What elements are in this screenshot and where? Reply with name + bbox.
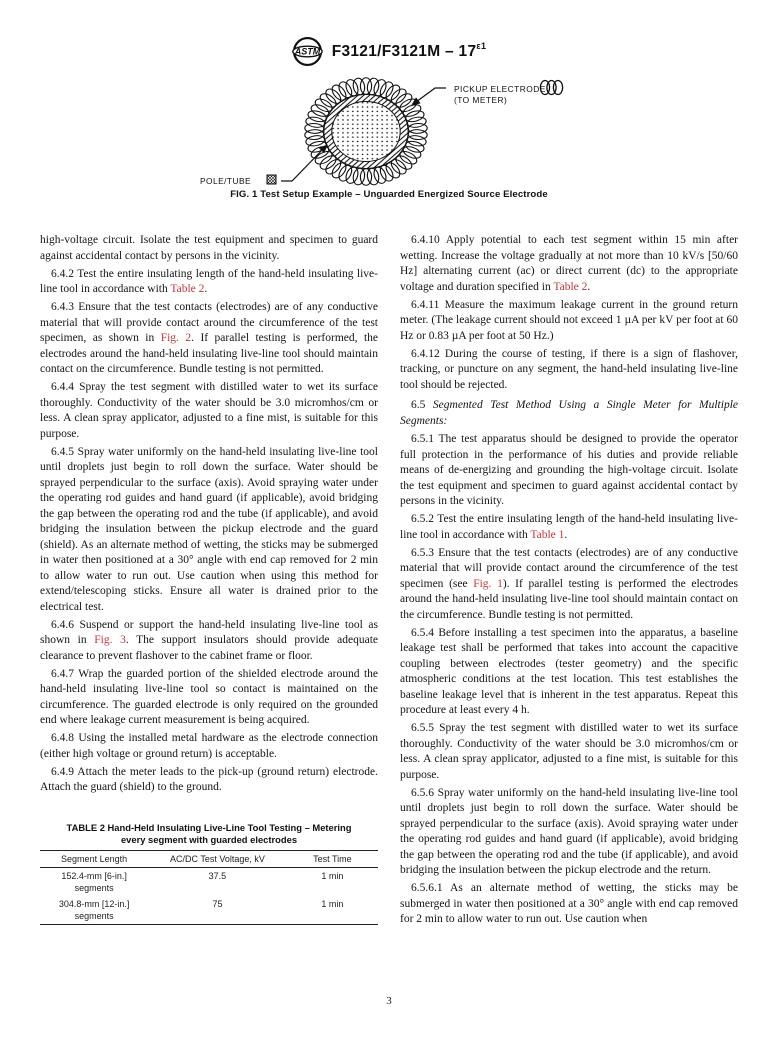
cross-reference-link[interactable]: Fig. 2 — [161, 332, 191, 344]
column-header: Segment Length — [40, 851, 148, 868]
paragraph: 6.5.6 Spray water uniformly on the hand-… — [400, 786, 738, 879]
figure-1-diagram: PICKUP ELECTRODE (TO METER) POLE/TUBE — [0, 76, 778, 194]
cross-reference-link[interactable]: Fig. 1 — [473, 578, 503, 590]
to-meter-label: (TO METER) — [454, 95, 507, 105]
paragraph: 6.4.5 Spray water uniformly on the hand-… — [40, 445, 378, 616]
paragraph: 6.4.4 Spray the test segment with distil… — [40, 380, 378, 442]
pickup-electrode-label: PICKUP ELECTRODE — [454, 84, 546, 94]
right-column: 6.4.10 Apply potential to each test segm… — [400, 233, 738, 930]
table-cell: 304.8-mm [12-in.]segments — [40, 896, 148, 925]
paragraph: 6.4.11 Measure the maximum leakage curre… — [400, 298, 738, 345]
paragraph: 6.5.6.1 As an alternate method of wettin… — [400, 881, 738, 928]
paragraph: 6.5.2 Test the entire insulating length … — [400, 512, 738, 543]
paragraph: 6.4.2 Test the entire insulating length … — [40, 267, 378, 298]
left-column-text: high-voltage circuit. Isolate the test e… — [40, 233, 378, 796]
table-cell: 152.4-mm [6-in.]segments — [40, 867, 148, 896]
table-2: TABLE 2 Hand-Held Insulating Live-Line T… — [40, 822, 378, 926]
paragraph: 6.4.3 Ensure that the test contacts (ele… — [40, 300, 378, 378]
paragraph: 6.5.5 Spray the test segment with distil… — [400, 721, 738, 783]
astm-logo-icon: ASTM — [292, 36, 323, 67]
tube-core — [332, 102, 400, 162]
table-header-row: Segment LengthAC/DC Test Voltage, kVTest… — [40, 851, 378, 868]
figure-caption: FIG. 1 Test Setup Example – Unguarded En… — [0, 189, 778, 200]
table-row: 304.8-mm [12-in.]segments751 min — [40, 896, 378, 925]
cross-reference-link[interactable]: Fig. 3 — [94, 634, 126, 646]
cross-reference-link[interactable]: Table 2 — [170, 283, 204, 295]
column-header: Test Time — [287, 851, 378, 868]
column-header: AC/DC Test Voltage, kV — [148, 851, 287, 868]
paragraph: 6.4.12 During the course of testing, if … — [400, 347, 738, 394]
paragraph: 6.4.7 Wrap the guarded portion of the sh… — [40, 667, 378, 729]
astm-logo-text: ASTM — [293, 47, 320, 57]
paragraph: 6.5.1 The test apparatus should be desig… — [400, 432, 738, 510]
paragraph: 6.4.8 Using the installed metal hardware… — [40, 731, 378, 762]
paragraph: 6.4.6 Suspend or support the hand-held i… — [40, 618, 378, 665]
table-row: 152.4-mm [6-in.]segments37.51 min — [40, 867, 378, 896]
designation-code: F3121/F3121M – 17 — [332, 43, 477, 60]
pole-tube-label: POLE/TUBE — [200, 176, 251, 186]
cross-reference-link[interactable]: Table 1 — [530, 529, 564, 541]
paragraph: 6.5.4 Before installing a test specimen … — [400, 626, 738, 719]
document-page: ASTM F3121/F3121M – 17ε1 — [0, 0, 778, 1041]
designation-superscript: ε1 — [476, 41, 486, 51]
paragraph: 6.4.10 Apply potential to each test segm… — [400, 233, 738, 295]
right-column-text: 6.4.10 Apply potential to each test segm… — [400, 233, 738, 928]
hatched-square-icon — [267, 175, 276, 184]
table-cell: 1 min — [287, 867, 378, 896]
table-2-grid: Segment LengthAC/DC Test Voltage, kVTest… — [40, 850, 378, 925]
body-columns: high-voltage circuit. Isolate the test e… — [40, 233, 738, 930]
paragraph: 6.5.3 Ensure that the test contacts (ele… — [400, 546, 738, 624]
source-electrode-cross-section — [304, 78, 427, 186]
designation: F3121/F3121M – 17ε1 — [332, 42, 487, 61]
left-column: high-voltage circuit. Isolate the test e… — [40, 233, 378, 930]
cross-reference-link[interactable]: Table 2 — [553, 281, 587, 293]
pole-leader-line — [281, 145, 327, 181]
table-cell: 37.5 — [148, 867, 287, 896]
paragraph: 6.4.9 Attach the meter leads to the pick… — [40, 765, 378, 796]
section-heading: 6.5 Segmented Test Method Using a Single… — [400, 398, 738, 429]
table-cell: 75 — [148, 896, 287, 925]
table-2-title: TABLE 2 Hand-Held Insulating Live-Line T… — [40, 822, 378, 847]
table-cell: 1 min — [287, 896, 378, 925]
document-header: ASTM F3121/F3121M – 17ε1 — [0, 36, 778, 67]
paragraph: high-voltage circuit. Isolate the test e… — [40, 233, 378, 264]
page-number: 3 — [0, 995, 778, 1007]
